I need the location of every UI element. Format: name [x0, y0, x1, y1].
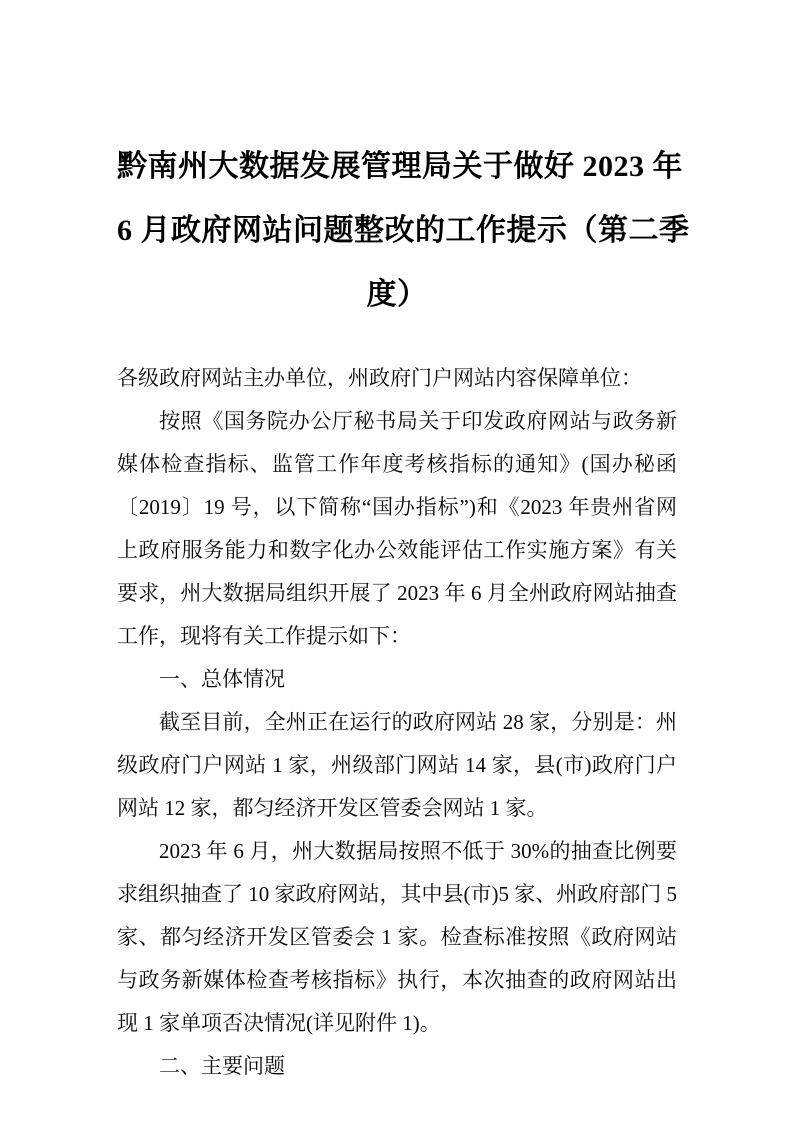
- section-heading-main-problems: 二、主要问题: [117, 1045, 677, 1088]
- paragraph-website-overview: 截至目前，全州正在运行的政府网站 28 家，分别是：州级政府门户网站 1 家，州…: [117, 701, 677, 830]
- document-title: 黔南州大数据发展管理局关于做好 2023 年 6 月政府网站问题整改的工作提示（…: [117, 135, 677, 327]
- salutation-line: 各级政府网站主办单位，州政府门户网站内容保障单位：: [117, 357, 677, 400]
- document-page: 黔南州大数据发展管理局关于做好 2023 年 6 月政府网站问题整改的工作提示（…: [0, 0, 794, 1122]
- section-heading-overall-situation: 一、总体情况: [117, 658, 677, 701]
- paragraph-basis: 按照《国务院办公厅秘书局关于印发政府网站与政务新媒体检查指标、监管工作年度考核指…: [117, 400, 677, 658]
- document-title-line-2: 6 月政府网站问题整改的工作提示（第二季: [117, 199, 677, 263]
- document-title-line-1: 黔南州大数据发展管理局关于做好 2023 年: [117, 135, 677, 199]
- document-title-line-3: 度）: [117, 263, 677, 327]
- paragraph-inspection-results: 2023 年 6 月，州大数据局按照不低于 30%的抽查比例要求组织抽查了 10…: [117, 830, 677, 1045]
- document-body: 各级政府网站主办单位，州政府门户网站内容保障单位： 按照《国务院办公厅秘书局关于…: [117, 357, 677, 1088]
